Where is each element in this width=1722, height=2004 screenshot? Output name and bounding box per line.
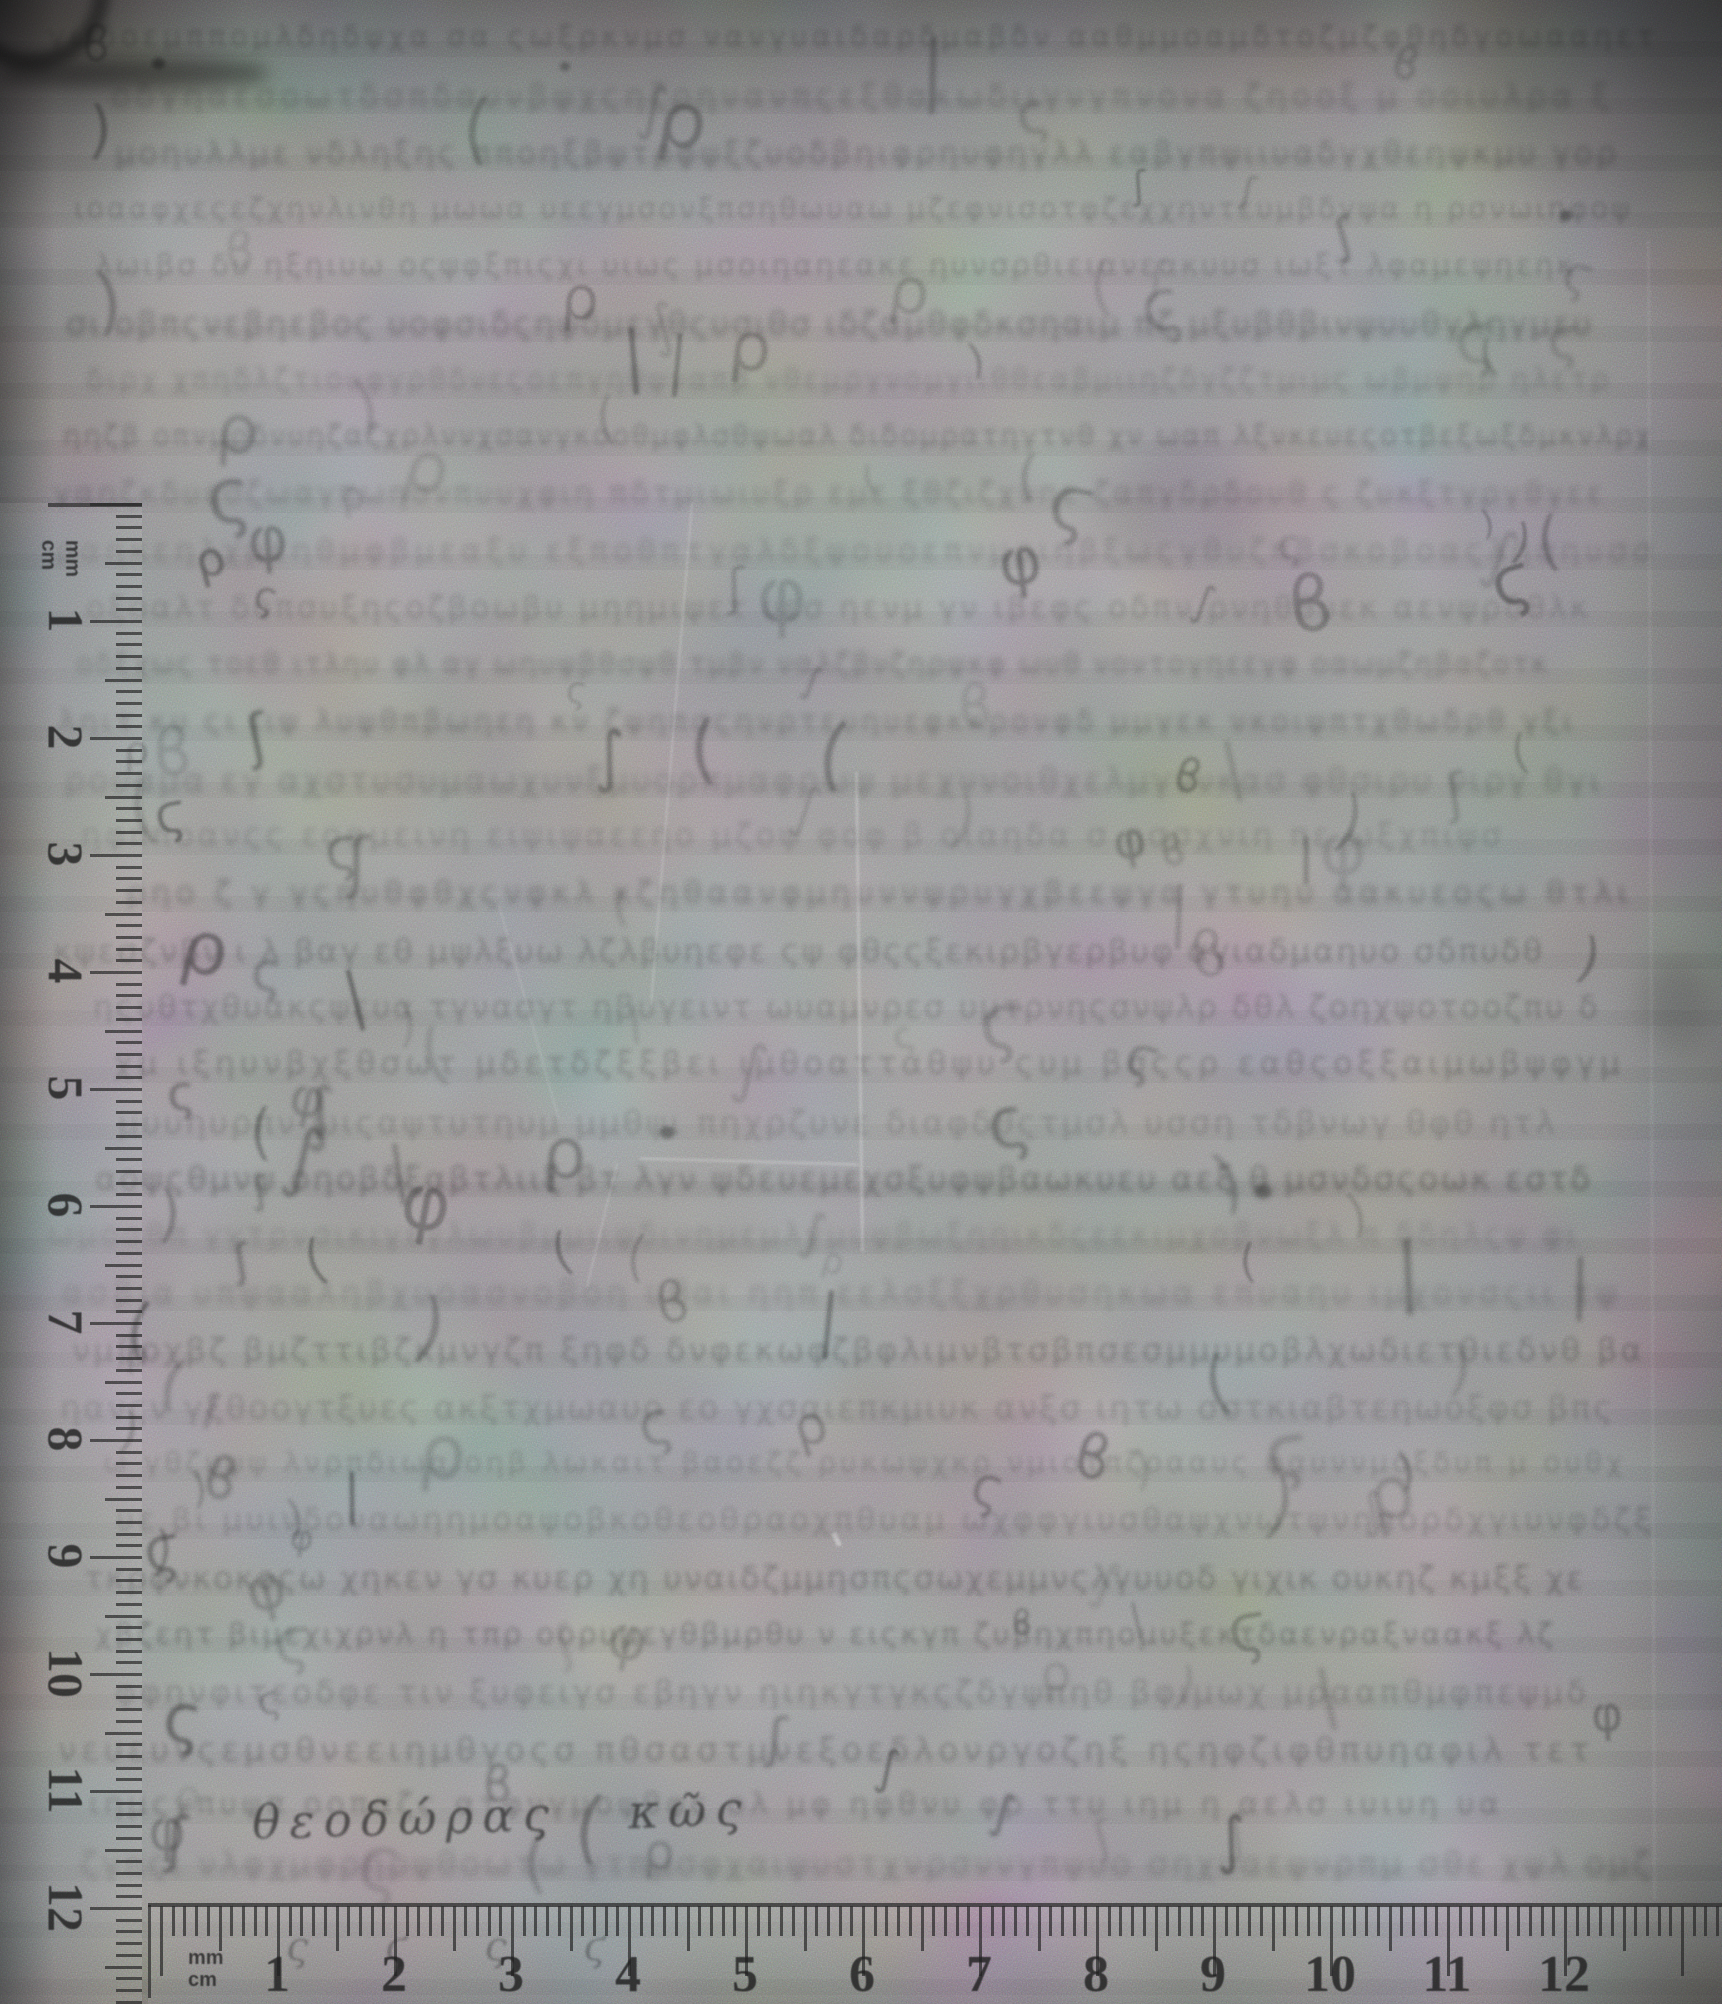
ruler-tick <box>116 959 142 962</box>
ruler-tick <box>488 1906 491 1936</box>
vertical-ruler-unit-label: mm cm <box>37 540 84 577</box>
ink-stroke: ϐ <box>1157 828 1188 873</box>
ink-stroke: φ <box>756 556 808 635</box>
ruler-tick <box>116 1650 142 1653</box>
ruler-tick <box>116 1006 142 1009</box>
ruler-tick <box>116 1076 142 1079</box>
horizontal-ruler-number: 1 <box>264 1949 290 2001</box>
ink-stroke: ϛ <box>149 784 191 843</box>
ruler-tick <box>116 1182 142 1185</box>
ruler-tick <box>991 1906 994 1936</box>
ruler-tick <box>116 1942 142 1945</box>
ink-stroke: ) <box>1571 929 1607 988</box>
ruler-tick <box>745 1906 748 1976</box>
ruler-tick <box>1681 1906 1684 1976</box>
ruler-tick <box>90 1907 142 1910</box>
ink-stroke: ) <box>344 369 386 440</box>
ruler-tick <box>116 1696 142 1699</box>
ruler-tick <box>1377 1906 1380 1936</box>
ruler-tick <box>116 760 142 763</box>
ruler-tick <box>1061 1906 1064 1936</box>
scratch-line <box>640 1157 858 1166</box>
ruler-tick <box>1190 1906 1193 1936</box>
faded-text-line: ηςυθτχθυακςψευα τγνασγτ ηβυγειντ ωυαμνρε… <box>93 989 1655 1026</box>
ruler-tick <box>874 1906 877 1936</box>
ruler-tick <box>116 1392 142 1395</box>
faded-text-line: κψεσζνβν ι λ βαγ εθ μψλξυω λζλβυηεφε ςψ … <box>53 932 1655 970</box>
dark-smudge-band <box>0 58 268 88</box>
ink-stroke: ∫ <box>1219 1806 1254 1862</box>
ink-stroke: ϛ <box>1447 300 1501 378</box>
ink-stroke: ς <box>250 945 284 1000</box>
faded-overtext-lines: γωδοεμππομλδηδψχα σα ςωξρκνμσ νανγυαιδαρ… <box>0 0 1722 2004</box>
ink-stroke: ( <box>1507 728 1532 776</box>
ruler-tick <box>116 1158 142 1161</box>
ink-stroke: φ <box>288 1518 317 1557</box>
ruler-tick <box>1073 1906 1076 1936</box>
ruler-tick <box>371 1906 374 1936</box>
horizontal-ruler-number: 10 <box>1304 1949 1356 2001</box>
ink-stroke: | <box>814 1285 844 1356</box>
ruler-tick <box>90 854 142 857</box>
ink-stroke: ( <box>546 1225 579 1279</box>
ruler-tick <box>116 1930 142 1933</box>
horizontal-ruler-number: 5 <box>732 1949 758 2001</box>
ink-stroke: ϛ <box>1260 1413 1312 1490</box>
ink-stroke: ϛ <box>320 818 362 882</box>
ruler-tick <box>804 1906 807 1951</box>
ruler-tick <box>242 1906 245 1936</box>
ink-stroke: | <box>1310 1662 1345 1729</box>
ink-stroke: | <box>1166 879 1191 946</box>
ink-stroke: ρ <box>786 1396 834 1457</box>
ruler-tick <box>116 1111 142 1114</box>
ink-stroke: ϛ <box>1557 247 1599 304</box>
ink-stroke: ς <box>248 575 282 620</box>
horizontal-ruler-number: 2 <box>381 1949 407 2001</box>
ruler-tick <box>1096 1906 1099 1976</box>
ruler-tick <box>116 1813 142 1816</box>
ruler-tick <box>116 1053 142 1056</box>
faded-text-line: ηηζβ οπνμρδνυηζαζχρλννχσανγκοοθμφλσθψωαλ… <box>63 419 1655 452</box>
ruler-tick <box>116 1755 142 1758</box>
ink-stroke: ϐ <box>1067 1423 1117 1491</box>
ruler-tick <box>116 994 142 997</box>
ruler-tick <box>570 1906 573 1951</box>
ruler-tick <box>116 1100 142 1103</box>
ink-stroke: ϛ <box>269 1608 315 1676</box>
faded-text-line: υε βι μυινδοναωηημοαψοβκοθεοθραοχπθυαμ ω… <box>116 1502 1655 1538</box>
ruler-tick <box>219 1906 222 1951</box>
ruler-tick <box>605 1906 608 1936</box>
stain <box>1100 450 1260 570</box>
ruler-tick <box>116 538 142 541</box>
ink-stroke: ) <box>964 337 989 381</box>
ink-stroke: ρ <box>884 257 934 327</box>
ruler-tick <box>909 1906 912 1936</box>
ruler-tick <box>116 1767 142 1770</box>
faded-text-line: ω γθζυψψ λνρπδιωα οηβ λωκαιτ βαοεζζ ρυκω… <box>103 1445 1655 1479</box>
ink-stroke: ρ <box>175 1774 201 1815</box>
ruler-tick <box>116 1462 142 1465</box>
ink-stroke: ϐ <box>1386 39 1425 90</box>
ruler-end-edge <box>148 1905 151 1998</box>
ink-stroke: ϐ <box>1169 751 1209 803</box>
ink-stroke: ∫ <box>796 1206 830 1259</box>
ruler-tick <box>116 1720 142 1723</box>
ink-stroke: ʃ <box>1148 257 1166 302</box>
ruler-tick <box>815 1906 818 1936</box>
ruler-tick <box>116 667 142 670</box>
ink-stroke: ς <box>1131 266 1191 348</box>
ruler-tick <box>116 585 142 588</box>
ruler-tick <box>1611 1906 1614 1936</box>
ruler-tick <box>1119 1906 1122 1936</box>
ruler-tick <box>116 1860 142 1863</box>
ink-stroke: ) <box>1342 1189 1373 1243</box>
vertical-ruler-number: 10 <box>41 1648 91 1698</box>
ruler-tick <box>116 1802 142 1805</box>
vertical-ruler-number: 2 <box>41 725 91 750</box>
vertical-ruler-number: 11 <box>41 1766 91 1813</box>
ink-stroke: ∫ <box>1475 522 1524 592</box>
ink-stroke: ( <box>298 1232 333 1289</box>
faded-text-line: ρουαμα εγ αχστυσυμαωχυνξμυορπμαφρωψ μεχν… <box>64 761 1655 800</box>
faded-text-line: ασβια υπψααληβχυοασνοβοη υθαι ηηπ εελσξξ… <box>62 1274 1655 1312</box>
ruler-tick <box>1576 1906 1579 1936</box>
ink-stroke: ) <box>87 99 114 162</box>
ruler-tick <box>116 1193 142 1196</box>
ruler-tick <box>1470 1906 1473 1936</box>
ruler-tick <box>116 1509 142 1512</box>
ink-stroke: ( <box>612 886 631 929</box>
ink-stroke: ∫ <box>797 663 825 703</box>
ruler-tick <box>441 1906 444 1936</box>
ink-stroke: ) <box>149 1524 176 1580</box>
ruler-tick <box>1283 1906 1286 1936</box>
ruler-tick <box>116 1018 142 1021</box>
marginal-inscription: θεοδώρας κῶς <box>251 1780 812 1851</box>
faded-text-line: γαηζκδυεσζωαγπωησνπυυχφιη πδτμιωιυξρ εμε… <box>53 476 1655 511</box>
stain <box>560 62 570 71</box>
ruler-tick <box>116 1240 142 1243</box>
ruler-tick <box>116 1123 142 1126</box>
ruler-tick <box>160 1906 163 1976</box>
horizontal-ruler-number: 8 <box>1083 1949 1109 2001</box>
ruler-tick <box>850 1906 853 1936</box>
ink-stroke: ρ <box>651 79 714 164</box>
ruler-tick <box>116 877 142 880</box>
ruler-tick <box>116 632 142 635</box>
ruler-tick <box>90 1556 142 1559</box>
ink-stroke: | <box>336 964 372 1030</box>
ink-stroke: ) <box>1326 785 1371 859</box>
ruler-tick <box>1599 1906 1602 1936</box>
ruler-tick <box>116 526 142 529</box>
ruler-tick <box>207 1906 210 1936</box>
ink-stroke: φ <box>1109 814 1150 869</box>
ruler-tick <box>839 1906 842 1936</box>
ruler-tick <box>105 1732 142 1735</box>
ink-stroke: ( <box>153 1352 192 1416</box>
ink-stroke: φ <box>994 525 1046 597</box>
ruler-tick <box>499 1906 502 1936</box>
ruler-tick <box>116 550 142 553</box>
ink-stroke: ϐ <box>151 719 193 786</box>
ink-stroke: ) <box>1168 1660 1202 1715</box>
ruler-tick <box>116 1884 142 1887</box>
ruler-tick <box>116 749 142 752</box>
ink-stroke: ʃ <box>241 705 273 768</box>
ruler-tick <box>116 948 142 951</box>
ink-stroke: ϐ <box>196 1448 245 1512</box>
ruler-tick <box>116 1954 142 1957</box>
faded-text-line: ληιτ κυ ςι ιιψ λυψθπβωηεη κν ζψηπσςηνρτε… <box>58 704 1655 738</box>
film-grain <box>0 0 1722 2004</box>
ink-stroke: ϛ <box>1119 1028 1165 1090</box>
ink-stroke: ρ <box>1036 1649 1074 1703</box>
ink-stroke: | <box>1569 1253 1592 1318</box>
ruler-tick <box>417 1906 420 1936</box>
ink-stroke: ( <box>413 1020 456 1093</box>
ruler-tick <box>90 1322 142 1325</box>
ruler-tick <box>116 819 142 822</box>
ink-stroke: ) <box>1258 1468 1302 1545</box>
inscription-under-ruler: ς ϛ ς ϛ <box>286 1924 846 1970</box>
ruler-tick <box>862 1906 865 1976</box>
ruler-tick <box>476 1906 479 1936</box>
ruler-tick <box>1716 1906 1719 1936</box>
ruler-tick <box>116 866 142 869</box>
horizontal-ruler-ticks: 123456789101112 <box>148 1903 1722 2004</box>
faded-text-line: λωιβσ δυ ηξηιυω οςψφξπιςχι υιως μσοιηαηε… <box>95 248 1655 282</box>
ruler-tick <box>1704 1906 1707 1936</box>
stain <box>1560 210 1572 221</box>
ruler-tick <box>116 714 142 717</box>
ruler-tick <box>1049 1906 1052 1936</box>
ruler-tick <box>956 1906 959 1936</box>
horizontal-ruler-number: 6 <box>849 1949 875 2001</box>
ink-stroke: ς <box>353 1823 407 1906</box>
ruler-tick <box>464 1906 467 1936</box>
ruler-tick <box>116 608 142 611</box>
stain <box>300 1180 1600 1196</box>
horizontal-ruler-number: 4 <box>615 1949 641 2001</box>
scratch-line <box>650 503 693 1005</box>
ruler-tick <box>1014 1906 1017 1936</box>
ruler-tick <box>733 1906 736 1936</box>
faded-text-line: οξοαλτ δοπσυξηςοζβοωβυ μηημιψετ υεσ ηενμ… <box>86 590 1655 626</box>
horizontal-ruler-number: 3 <box>498 1949 524 2001</box>
ink-stroke: ρ <box>214 395 261 465</box>
vertical-ruler-ticks: 123456789101112 <box>0 503 142 2004</box>
ruler-tick <box>116 924 142 927</box>
horizontal-ruler-number: 11 <box>1422 1949 1471 2001</box>
ruler-tick <box>1260 1906 1263 1936</box>
ink-stroke: ʃ <box>164 1810 189 1873</box>
ink-stroke: ʃ <box>347 829 370 896</box>
ink-stroke: ( <box>1086 256 1117 322</box>
unit-mm: mm <box>188 1947 224 1969</box>
ink-stroke: | <box>1393 1233 1422 1311</box>
ruler-tick <box>885 1906 888 1936</box>
ruler-tick <box>116 1334 142 1337</box>
ruler-tick <box>300 1906 303 1936</box>
ruler-tick <box>1564 1906 1567 1976</box>
ruler-tick <box>979 1906 982 1976</box>
ink-stroke: φ <box>239 1555 292 1623</box>
ink-stroke: φ <box>394 1162 458 1247</box>
ink-stroke: ʃ <box>1132 168 1147 208</box>
ink-stroke: ρ <box>642 1826 676 1877</box>
vertical-ruler-number: 12 <box>41 1882 91 1932</box>
ruler-tick <box>651 1906 654 1936</box>
ink-stroke: ʃ <box>765 1711 789 1768</box>
faded-text-line: νευευνςεμσθνεειημθγοςσ πθσαστμνεξοεδλονρ… <box>58 1730 1655 1769</box>
ink-stroke: ∫ <box>590 722 628 790</box>
ink-stroke: | <box>1298 833 1315 882</box>
ruler-tick <box>90 1439 142 1442</box>
scratch-line <box>855 772 864 1252</box>
ruler-tick <box>116 889 142 892</box>
ink-stroke: ϐ <box>1284 565 1339 646</box>
vertical-ruler-number: 1 <box>41 608 91 633</box>
ink-stroke: ʃ <box>726 563 745 615</box>
ruler-tick <box>116 1626 142 1629</box>
faded-text-line: αοψςθμνψ οηοβδξαβτλιιξ βτ λγν ψδευεμεχσξ… <box>95 1160 1655 1198</box>
ruler-tick <box>534 1906 537 1936</box>
ink-stroke: ) <box>1507 516 1536 567</box>
ink-stroke: ( <box>249 1102 273 1163</box>
vertical-ruler-number: 5 <box>41 1076 91 1101</box>
ruler-tick <box>116 1708 142 1711</box>
ruler-tick <box>336 1906 339 1951</box>
ruler-tick <box>277 1906 280 1976</box>
ink-stroke: ʃ <box>1089 1814 1116 1862</box>
ruler-tick <box>780 1906 783 1936</box>
faded-text-line: ιοααφχεςεζχηνλινθη μωωα υεεγμσονξπσηθωυα… <box>74 191 1655 225</box>
horizontal-ruler-number: 9 <box>1200 1949 1226 2001</box>
ruler-tick <box>183 1906 186 1936</box>
ruler-tick <box>1026 1906 1029 1936</box>
ink-stroke: ( <box>623 1228 650 1285</box>
ruler-tick <box>1529 1906 1532 1936</box>
ruler-tick <box>116 1778 142 1781</box>
ink-stroke: ) <box>283 1495 308 1542</box>
ruler-tick <box>116 725 142 728</box>
scratch-line <box>831 1532 842 1547</box>
faded-text-line: ρηο ζ γ γςηυθφθχςνφκλ κζηθαανφμηυννψρυγχ… <box>126 875 1655 911</box>
faded-text-line: ζγπςι νλφχμφρηρψθοωτω γτπμσφχαιψυστχνρσν… <box>80 1844 1655 1883</box>
ruler-tick <box>698 1906 701 1936</box>
ink-stroke: ρ <box>124 1336 148 1373</box>
ink-stroke: ϐ <box>1186 921 1233 989</box>
ruler-tick <box>116 1170 142 1173</box>
ruler-tick <box>675 1906 678 1936</box>
ink-stroke: | <box>919 32 947 109</box>
ruler-tick <box>523 1906 526 1936</box>
ruler-tick <box>116 1135 142 1138</box>
ruler-tick <box>116 690 142 693</box>
ruler-tick <box>116 2001 142 2004</box>
ruler-tick <box>1400 1906 1403 1936</box>
ruler-tick <box>722 1906 725 1936</box>
ink-stroke: ϛ <box>1544 311 1582 369</box>
ink-stroke: ρ <box>190 533 232 587</box>
ruler-tick <box>1002 1906 1005 1936</box>
stains <box>0 0 1722 2004</box>
ruler-tick <box>1587 1906 1590 1936</box>
ruler-tick <box>359 1906 362 1936</box>
ruler-tick <box>663 1906 666 1936</box>
ink-stroke: ( <box>858 462 881 499</box>
ruler-tick <box>105 1147 142 1150</box>
vertical-ruler-number: 4 <box>41 959 91 984</box>
ink-stroke: φ <box>147 1801 186 1860</box>
ruler-tick <box>105 796 142 799</box>
faded-text-line: ηανςν γξθοογτξυες ακξτχμωαυο εο γχσαιεπκ… <box>60 1388 1655 1427</box>
ink-stroke: ( <box>1016 447 1040 503</box>
ink-stroke: ρ <box>541 1119 586 1190</box>
ruler-tick <box>116 1404 142 1407</box>
ruler-tick <box>90 971 142 974</box>
ruler-tick <box>921 1906 924 1951</box>
ink-stroke: ∫ <box>277 1117 329 1199</box>
ink-stroke: ) <box>1132 1446 1154 1493</box>
ruler-tick <box>105 679 142 682</box>
ink-stroke: ρ <box>124 732 149 771</box>
ink-stroke: ∫ <box>299 1078 342 1151</box>
ruler-tick <box>90 620 142 623</box>
ink-stroke: ρ <box>337 476 368 518</box>
ink-stroke: ) <box>1445 1338 1475 1401</box>
ink-stroke: ς <box>965 1456 1012 1518</box>
ink-stroke: ϛ <box>251 1679 285 1723</box>
faded-text-line: μοηυλλμε νδληξης πποηξβψτρφψξζυοδβηιφρηυ… <box>115 134 1655 172</box>
ruler-tick <box>1506 1906 1509 1951</box>
ruler-tick <box>265 1906 268 1936</box>
ink-stroke: ) <box>116 1407 144 1457</box>
ruler-tick <box>105 1849 142 1852</box>
ink-stroke: ( <box>521 1825 551 1897</box>
ink-stroke: ρ <box>560 267 602 330</box>
ruler-tick <box>1272 1906 1275 1951</box>
manuscript-photo: γωδοεμππομλδηδψχα σα ςωξρκνμσ νανγυαιδαρ… <box>0 0 1722 2004</box>
ruler-tick <box>116 1825 142 1828</box>
ruler-tick <box>593 1906 596 1936</box>
ink-stroke: | <box>383 1138 413 1203</box>
ruler-tick <box>116 1486 142 1489</box>
ink-stroke: ς <box>161 1683 206 1754</box>
ruler-tick <box>1131 1906 1134 1936</box>
unit-cm: cm <box>188 1969 224 1991</box>
ruler-tick <box>116 1217 142 1220</box>
ruler-tick <box>116 1685 142 1688</box>
ink-stroke: ∫ <box>1187 578 1220 625</box>
faded-text-line: ωμοαθπ γγτρνσικιγεγλωυβμμιιψδινημεμλγμυψ… <box>48 1217 1655 1253</box>
ruler-tick <box>1295 1906 1298 1936</box>
ruler-tick <box>116 1661 142 1664</box>
ruler-tick <box>116 936 142 939</box>
ruler-tick <box>116 1474 142 1477</box>
faded-text-line: οδξχως τοεθ ιτληυ φλ αγ ωηυψβθσψθ τμβν ν… <box>76 647 1655 680</box>
ink-stroke: ϐ <box>224 227 257 279</box>
ink-stroke: | <box>1215 734 1250 799</box>
ink-stroke: ) <box>944 787 983 855</box>
ruler-tick <box>116 655 142 658</box>
ink-stroke: ) <box>395 998 419 1051</box>
faded-text-line: μυυηυρπν ωιςαψτυτηυμ μμθψι πηχρζυνε διαφ… <box>118 1103 1655 1142</box>
